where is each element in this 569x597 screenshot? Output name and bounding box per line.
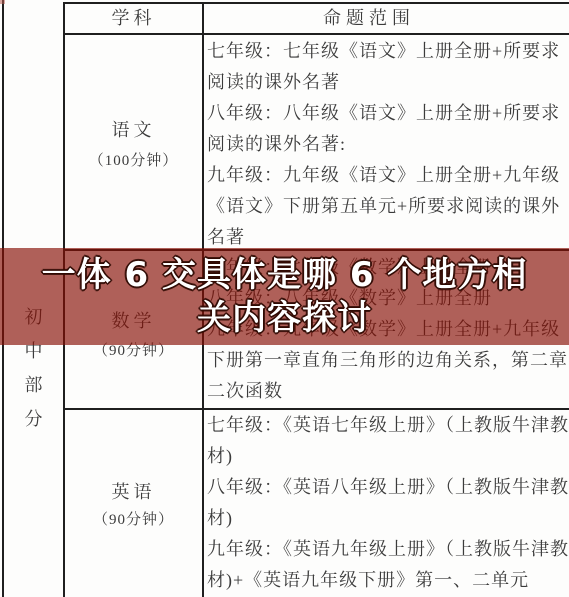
caption-banner-overlay: 一体 6 交具体是哪 6 个地方相 关内容探讨 [0, 248, 569, 345]
table-top-border [63, 2, 569, 4]
scope-cell-chinese: 七年级：七年级《语文》上册全册+所要求阅读的课外名著 八年级：八年级《语文》上册… [207, 36, 569, 253]
scope-chinese-grade8: 八年级：八年级《语文》上册全册+所要求阅读的课外名著: [207, 98, 569, 160]
corner-artifact [0, 0, 5, 4]
duration-chinese: （100分钟） [65, 149, 202, 170]
scope-english-grade8: 八年级：《英语八年级上册》（上教版牛津教材) [207, 472, 569, 534]
scope-chinese-grade9: 九年级：九年级《语文》上册全册+九年级《语文》下册第五单元+所要求阅读的课外名著 [207, 160, 569, 253]
subject-chinese: 语文 [65, 116, 202, 142]
duration-english: （90分钟） [65, 508, 202, 529]
scope-chinese-grade7: 七年级：七年级《语文》上册全册+所要求阅读的课外名著 [207, 36, 569, 98]
subject-english: 英语 [65, 478, 202, 504]
column-header-subject: 学科 [65, 5, 202, 31]
header-bottom-border [63, 33, 569, 35]
caption-line-2: 关内容探讨 [197, 297, 372, 340]
scope-english-grade7: 七年级：《英语七年级上册》（上教版牛津教材) [207, 410, 569, 472]
column-header-scope: 命题范围 [204, 5, 534, 31]
scope-english-grade9: 九年级：《英语九年级上册》（上教版牛津教材)+《英语九年级下册》第一、二单元 [207, 534, 569, 596]
scope-cell-english: 七年级：《英语七年级上册》（上教版牛津教材) 八年级：《英语八年级上册》（上教版… [207, 410, 569, 596]
exam-scope-table-screenshot: 初中部分 学科 命题范围 语文 （100分钟） 七年级：七年级《语文》上册全册+… [0, 0, 569, 597]
caption-line-1: 一体 6 交具体是哪 6 个地方相 [42, 254, 528, 297]
